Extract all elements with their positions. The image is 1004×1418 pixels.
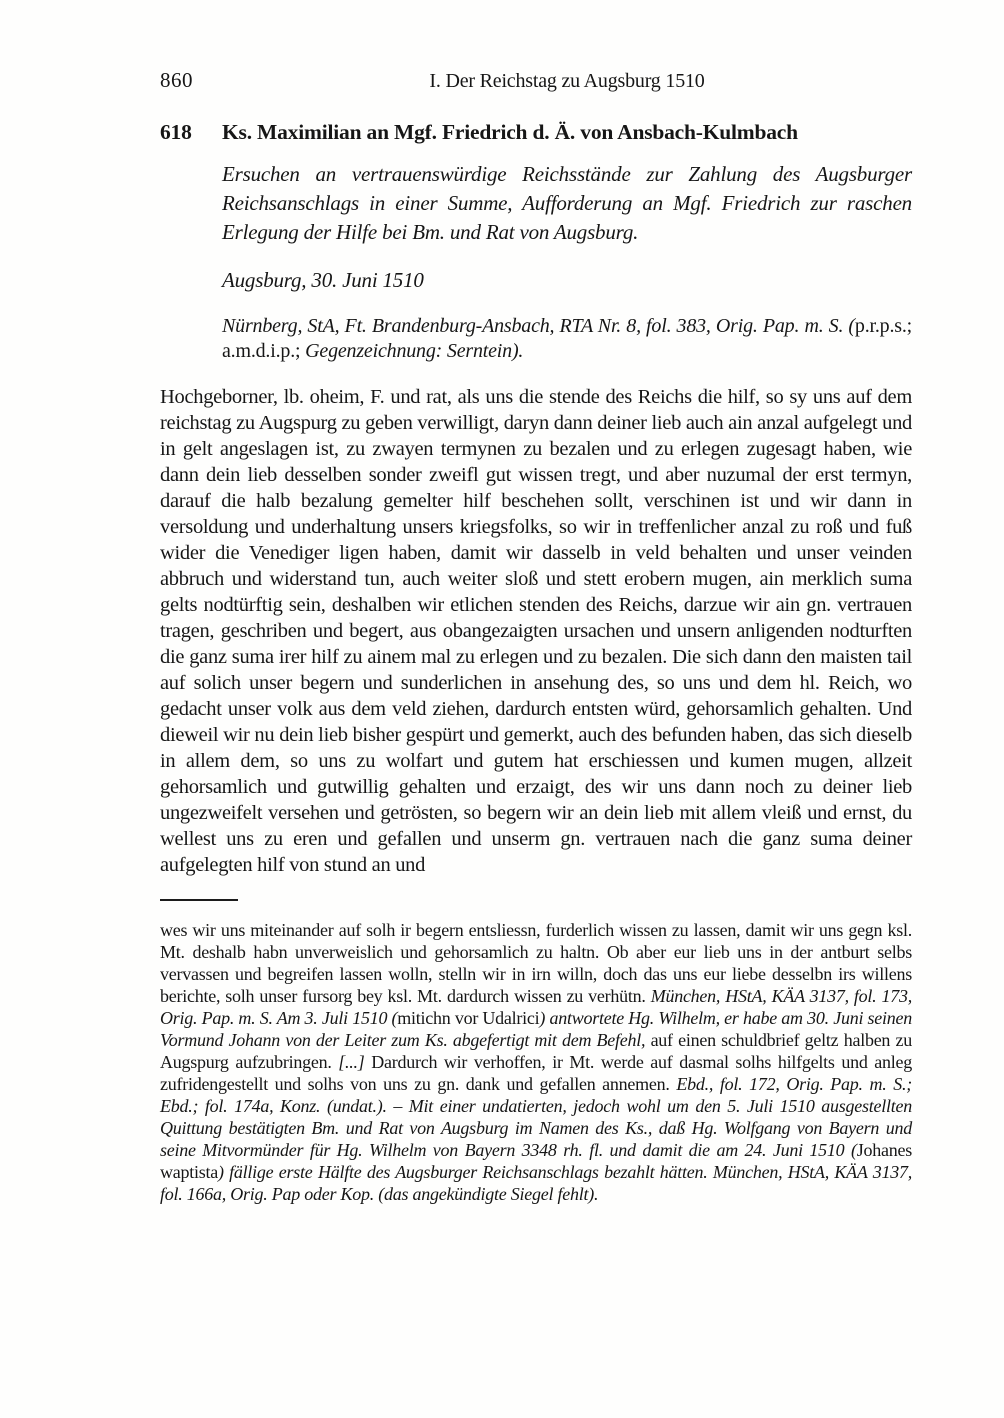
entry-summary: Ersuchen an vertrauenswürdige Reichsstän… — [222, 160, 912, 247]
page-number: 860 — [160, 68, 222, 93]
running-header: I. Der Reichstag zu Augsburg 1510 — [222, 70, 912, 93]
entry-dateline: Augsburg, 30. Juni 1510 — [222, 268, 912, 293]
footnote-separator-rule — [160, 899, 238, 901]
letter-body-text: Hochgeborner, lb. oheim, F. und rat, als… — [160, 384, 912, 878]
entry-title: Ks. Maximilian an Mgf. Friedrich d. Ä. v… — [222, 120, 912, 145]
footnote-text: wes wir uns miteinander auf solh ir bege… — [160, 919, 912, 1205]
entry-heading: 618 Ks. Maximilian an Mgf. Friedrich d. … — [160, 120, 912, 145]
entry-number: 618 — [160, 120, 222, 145]
entry-source-citation: Nürnberg, StA, Ft. Brandenburg-Ansbach, … — [222, 314, 912, 364]
page-header: 860 I. Der Reichstag zu Augsburg 1510 — [160, 68, 912, 93]
book-page: 860 I. Der Reichstag zu Augsburg 1510 61… — [0, 0, 1004, 1418]
